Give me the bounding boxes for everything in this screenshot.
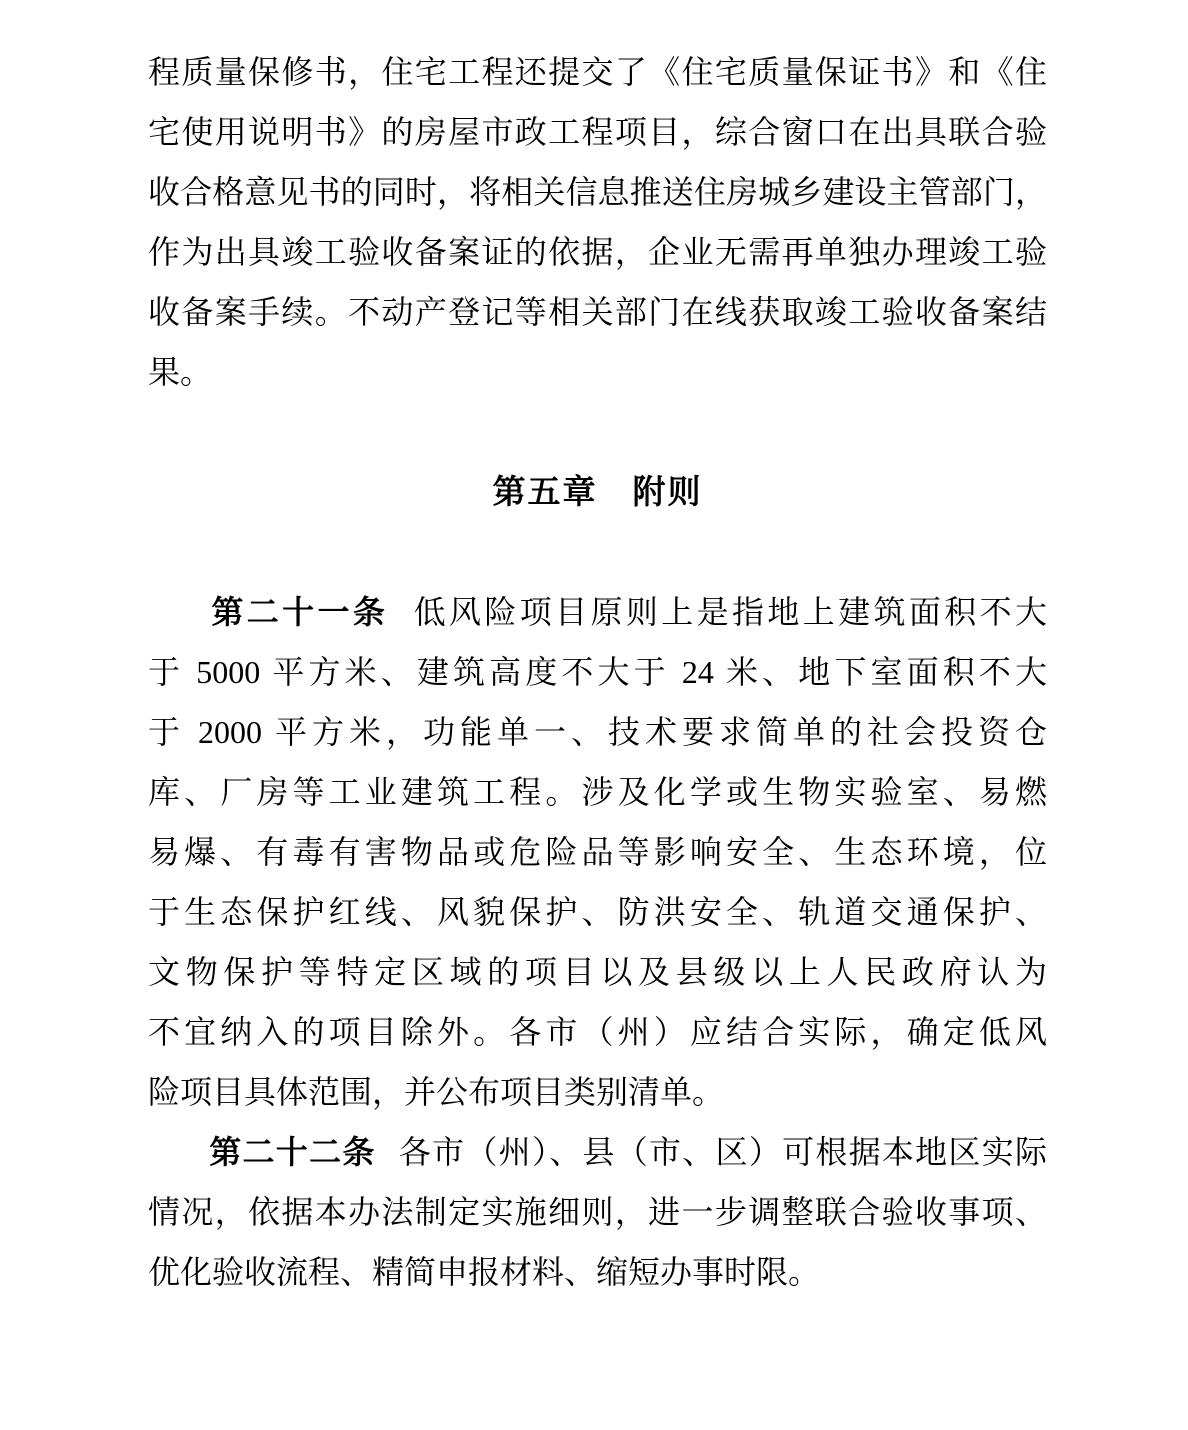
line-text: 库、厂房等工业建筑工程。涉及化学或生物实验室、易燃 bbox=[148, 774, 1047, 810]
article-number-gap bbox=[388, 622, 410, 623]
document-line: 库、厂房等工业建筑工程。涉及化学或生物实验室、易燃 bbox=[148, 762, 1047, 822]
line-text: 作为出具竣工验收备案证的依据，企业无需再单独办理竣工验 bbox=[148, 234, 1047, 270]
document-line: 第二十二条各市（州）、县（市、区）可根据本地区实际 bbox=[148, 1122, 1047, 1182]
document-line: 险项目具体范围，并公布项目类别清单。 bbox=[148, 1062, 1047, 1122]
document-body: 程质量保修书，住宅工程还提交了《住宅质量保证书》和《住宅使用说明书》的房屋市政工… bbox=[148, 42, 1047, 1302]
paragraph-article-22: 第二十二条各市（州）、县（市、区）可根据本地区实际情况，依据本办法制定实施细则，… bbox=[148, 1122, 1047, 1302]
document-line: 情况，依据本办法制定实施细则，进一步调整联合验收事项、 bbox=[148, 1182, 1047, 1242]
document-line: 程质量保修书，住宅工程还提交了《住宅质量保证书》和《住 bbox=[148, 42, 1047, 102]
document-line: 作为出具竣工验收备案证的依据，企业无需再单独办理竣工验 bbox=[148, 222, 1047, 282]
document-line: 收合格意见书的同时，将相关信息推送住房城乡建设主管部门， bbox=[148, 162, 1047, 222]
line-text: 情况，依据本办法制定实施细则，进一步调整联合验收事项、 bbox=[148, 1194, 1047, 1230]
first-line-indent bbox=[148, 622, 208, 623]
document-line: 不宜纳入的项目除外。各市（州）应结合实际，确定低风 bbox=[148, 1002, 1047, 1062]
first-line-indent bbox=[148, 1162, 208, 1163]
document-line: 果。 bbox=[148, 342, 1047, 402]
line-text: 程质量保修书，住宅工程还提交了《住宅质量保证书》和《住 bbox=[148, 54, 1047, 90]
line-text: 果。 bbox=[148, 354, 212, 390]
article-number: 第二十二条 bbox=[208, 1134, 376, 1170]
document-line: 第二十一条低风险项目原则上是指地上建筑面积不大 bbox=[148, 582, 1047, 642]
document-line: 于 2000 平方米，功能单一、技术要求简单的社会投资仓 bbox=[148, 702, 1047, 762]
document-line: 文物保护等特定区域的项目以及县级以上人民政府认为 bbox=[148, 942, 1047, 1002]
document-page: 程质量保修书，住宅工程还提交了《住宅质量保证书》和《住宅使用说明书》的房屋市政工… bbox=[0, 0, 1188, 1430]
document-line: 于 5000 平方米、建筑高度不大于 24 米、地下室面积不大 bbox=[148, 642, 1047, 702]
paragraph-article-21: 第二十一条低风险项目原则上是指地上建筑面积不大于 5000 平方米、建筑高度不大… bbox=[148, 582, 1047, 1122]
line-text: 文物保护等特定区域的项目以及县级以上人民政府认为 bbox=[148, 954, 1047, 990]
article-number-gap bbox=[376, 1162, 398, 1163]
document-line: 收备案手续。不动产登记等相关部门在线获取竣工验收备案结 bbox=[148, 282, 1047, 342]
line-text: 宅使用说明书》的房屋市政工程项目，综合窗口在出具联合验 bbox=[148, 114, 1047, 150]
line-text: 不宜纳入的项目除外。各市（州）应结合实际，确定低风 bbox=[148, 1014, 1047, 1050]
line-text: 险项目具体范围，并公布项目类别清单。 bbox=[148, 1074, 724, 1110]
line-text: 于生态保护红线、风貌保护、防洪安全、轨道交通保护、 bbox=[148, 894, 1047, 930]
line-text: 优化验收流程、精简申报材料、缩短办事时限。 bbox=[148, 1254, 820, 1290]
document-line: 易爆、有毒有害物品或危险品等影响安全、生态环境，位 bbox=[148, 822, 1047, 882]
chapter-heading-5: 第五章 附则 bbox=[148, 462, 1047, 522]
line-text: 于 5000 平方米、建筑高度不大于 24 米、地下室面积不大 bbox=[148, 654, 1047, 690]
line-text: 收合格意见书的同时，将相关信息推送住房城乡建设主管部门， bbox=[148, 174, 1047, 210]
line-text: 低风险项目原则上是指地上建筑面积不大 bbox=[410, 594, 1047, 630]
paragraph-continuation: 程质量保修书，住宅工程还提交了《住宅质量保证书》和《住宅使用说明书》的房屋市政工… bbox=[148, 42, 1047, 402]
line-text: 收备案手续。不动产登记等相关部门在线获取竣工验收备案结 bbox=[148, 294, 1047, 330]
document-line: 于生态保护红线、风貌保护、防洪安全、轨道交通保护、 bbox=[148, 882, 1047, 942]
line-text: 各市（州）、县（市、区）可根据本地区实际 bbox=[398, 1134, 1047, 1170]
document-line: 宅使用说明书》的房屋市政工程项目，综合窗口在出具联合验 bbox=[148, 102, 1047, 162]
document-line: 优化验收流程、精简申报材料、缩短办事时限。 bbox=[148, 1242, 1047, 1302]
line-text: 于 2000 平方米，功能单一、技术要求简单的社会投资仓 bbox=[148, 714, 1047, 750]
article-number: 第二十一条 bbox=[208, 594, 388, 630]
line-text: 易爆、有毒有害物品或危险品等影响安全、生态环境，位 bbox=[148, 834, 1047, 870]
